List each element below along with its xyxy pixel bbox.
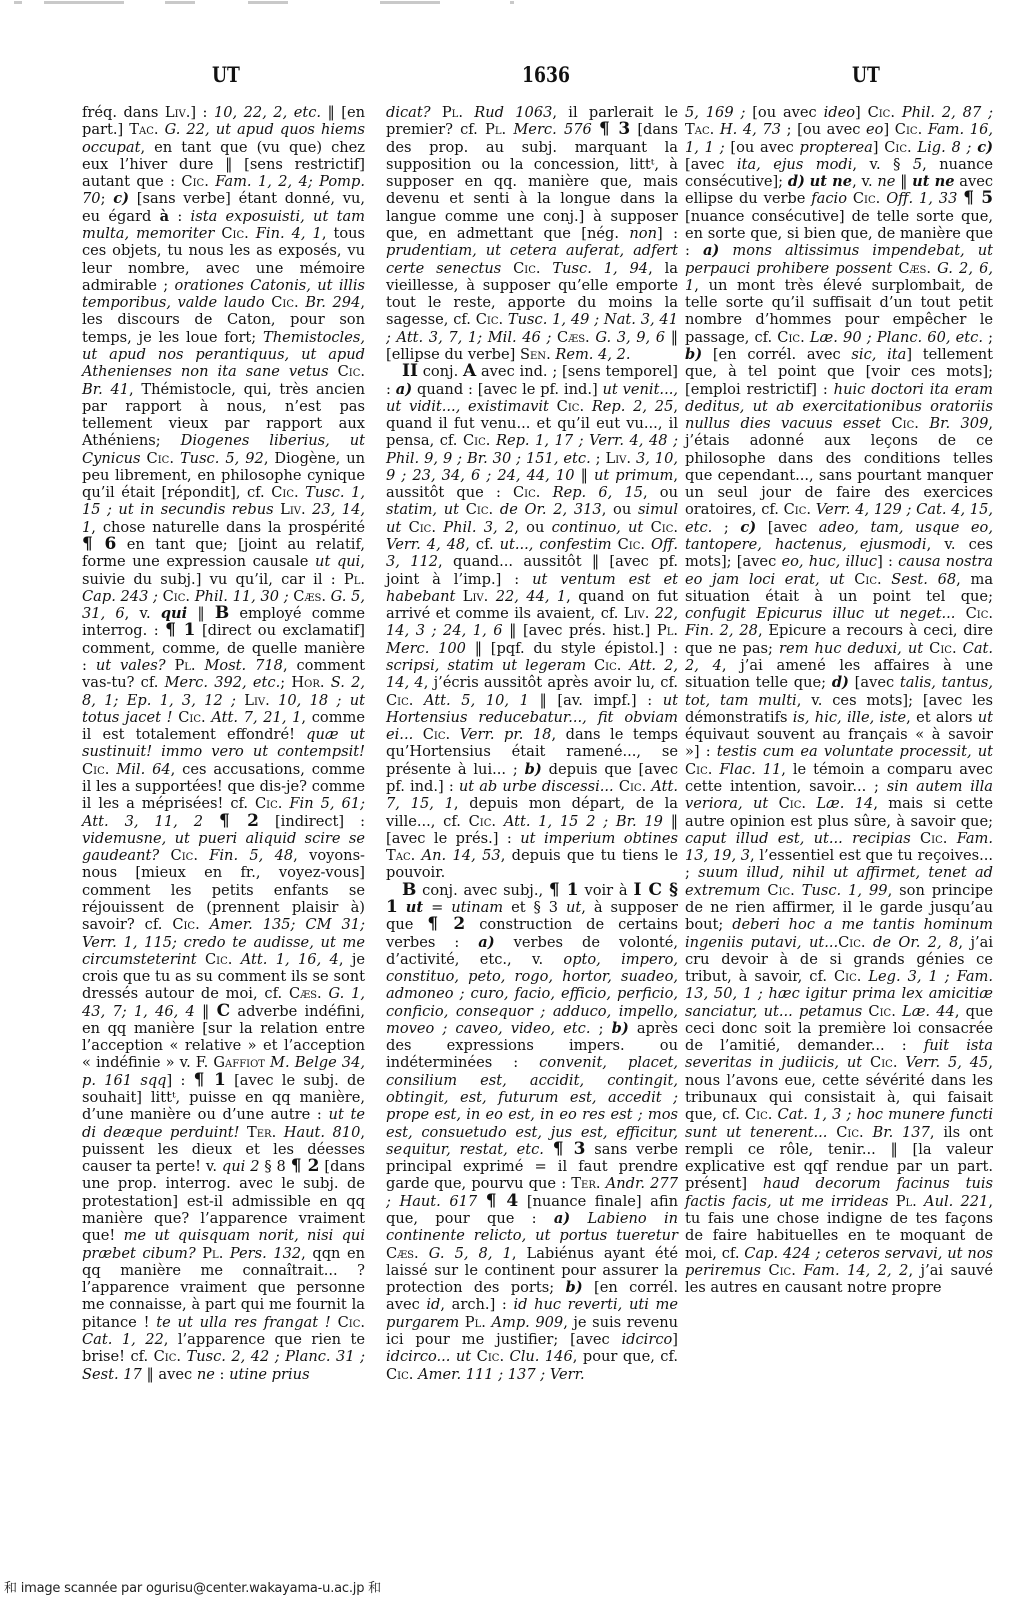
text-segment: a) (554, 1210, 570, 1227)
latin-citation: 5, 169 ; (685, 104, 745, 121)
author-abbrev: Cic (423, 726, 446, 743)
latin-citation: G. 3, 9, 6 (595, 329, 665, 346)
author-abbrev: Cæs (386, 1245, 414, 1262)
latin-citation: Læ. 14 (816, 795, 873, 812)
author-abbrev: Sen (520, 346, 546, 363)
text-segment (592, 121, 599, 138)
text-segment: conj. avec subj., (416, 882, 549, 899)
text-segment: voir à (579, 882, 634, 899)
author-abbrev: Cic (82, 761, 105, 778)
latin-citation: sic, ita (851, 346, 906, 363)
text-segment: . (596, 1175, 606, 1192)
section-marker: ¶ 1 (549, 880, 579, 900)
author-abbrev: Cic (557, 398, 580, 415)
entry-paragraph: dicat? Pl. Rud 1063, il parlerait le pre… (386, 104, 678, 363)
latin-citation: te ut ulla res frangat ! (156, 1314, 331, 1331)
author-abbrev: Cic (154, 1348, 177, 1365)
text-segment: , j’écris aussitôt après avoir lu, cf. (424, 674, 678, 691)
section-marker: ¶ 2 (291, 1156, 320, 1176)
text-segment: a) (703, 242, 719, 259)
text-segment: conj. (418, 363, 463, 380)
author-abbrev: Cic (834, 968, 857, 985)
latin-citation: rem huc deduxi, ut (779, 640, 923, 657)
author-abbrev: Pl (896, 1193, 912, 1210)
text-segment: . (191, 657, 205, 674)
latin-citation: id (426, 1296, 440, 1313)
text-segment: . (301, 501, 312, 518)
author-abbrev: Cic (767, 882, 790, 899)
text-segment: . (801, 795, 816, 812)
text-segment: fréq. dans (82, 104, 165, 121)
latin-citation: Merc. 576 (513, 121, 591, 138)
text-segment: ; (591, 450, 606, 467)
text-segment (827, 1124, 836, 1141)
latin-citation: Cat. 1, 22 (82, 1331, 164, 1348)
author-abbrev: Ter (571, 1175, 596, 1192)
text-segment: . (193, 847, 209, 864)
text-segment: . (414, 1245, 429, 1262)
latin-citation: confugit Epicurus illuc ut neget... (685, 605, 955, 622)
latin-citation: ut qui (315, 553, 360, 570)
text-segment: ] (883, 121, 894, 138)
section-marker: B (402, 880, 416, 900)
text-segment: ] (855, 104, 868, 121)
latin-citation: ut (978, 709, 993, 726)
text-segment: , ou (602, 501, 638, 518)
author-abbrev: Cic (205, 951, 228, 968)
text-segment: , pour que, cf. (573, 1348, 678, 1365)
author-abbrev: Ter (247, 1124, 272, 1141)
author-abbrev: Tac (386, 847, 411, 864)
text-segment: . (491, 813, 503, 830)
latin-citation: ita, ejus modi (737, 156, 852, 173)
latin-citation: eo, huc, illuc (781, 553, 877, 570)
text-segment: ] : (167, 1072, 194, 1089)
latin-citation: Br. 309 (929, 415, 988, 432)
latin-citation: Br. 294 (305, 294, 360, 311)
latin-citation: Br. 41 (82, 381, 129, 398)
text-segment: . (409, 1366, 418, 1383)
text-segment: . (791, 1262, 803, 1279)
text-segment: a) (478, 934, 494, 951)
text-segment (459, 501, 466, 518)
latin-citation: Amp. 909 (491, 1314, 563, 1331)
author-abbrev: Cic (884, 139, 907, 156)
latin-citation: Tusc. 5, 92 (180, 450, 264, 467)
author-abbrev: Cic (745, 1106, 768, 1123)
text-segment: . (943, 830, 957, 847)
latin-citation: G. 5, 8, 1 (429, 1245, 512, 1262)
author-abbrev: Pl (657, 622, 673, 639)
text-segment: ut ne (810, 173, 852, 190)
latin-citation: Phil. 2, 87 ; (902, 104, 993, 121)
text-segment: . (484, 588, 496, 605)
latin-citation: caput illud est, ut... recipias (685, 830, 911, 847)
author-abbrev: Cic (463, 432, 486, 449)
latin-citation: Att. 5, 10, 1 (424, 692, 529, 709)
latin-citation: Merc. 100 (386, 640, 466, 657)
latin-citation: dicat? (386, 104, 431, 121)
text-segment: . (360, 363, 365, 380)
author-abbrev: Pl (202, 1245, 218, 1262)
latin-citation: Haut. 810 (284, 1124, 361, 1141)
text-segment (159, 847, 170, 864)
latin-citation: Cap. 243 ; (82, 588, 158, 605)
text-segment: . (105, 761, 117, 778)
author-abbrev: Cic (685, 761, 708, 778)
author-abbrev: Cic (271, 484, 294, 501)
latin-citation: Att. 1, 16, 4 (241, 951, 339, 968)
text-segment (586, 657, 594, 674)
text-segment (203, 813, 219, 830)
author-abbrev: Cic (870, 1054, 893, 1071)
text-segment (549, 398, 557, 415)
text-segment: . (926, 260, 937, 277)
latin-citation: Læ. 90 ; Planc. 60, etc. (810, 329, 983, 346)
text-segment: ‖ avec (142, 1366, 197, 1383)
section-marker: A (463, 361, 476, 381)
text-segment: . (489, 501, 500, 518)
text-segment: . (360, 1314, 365, 1331)
text-segment (477, 1193, 486, 1210)
running-head-left: UT (212, 62, 240, 87)
entry-paragraph: 5, 169 ; [ou avec ideo] Cic. Phil. 2, 87… (685, 104, 993, 1296)
latin-citation: H. 4, 73 (720, 121, 781, 138)
text-segment: . (411, 847, 422, 864)
latin-citation: Mil. 64 (116, 761, 170, 778)
text-segment: ; (280, 674, 291, 691)
text-segment: [en corrél. avec (702, 346, 851, 363)
latin-citation: Verr. pr. 18 (460, 726, 552, 743)
author-abbrev: Liv (165, 104, 186, 121)
latin-citation: scripsi, statim ut legeram (386, 657, 586, 674)
latin-citation: non (629, 225, 657, 242)
latin-citation: Tusc. 1, 94 (552, 260, 648, 277)
author-abbrev: Cic (868, 1003, 891, 1020)
text-segment: . (294, 294, 305, 311)
text-segment: . (154, 121, 165, 138)
text-segment: , cf. (465, 536, 499, 553)
text-segment: . (673, 622, 678, 639)
text-segment: ; (983, 329, 993, 346)
text-segment: § 8 (259, 1158, 290, 1175)
latin-citation: Sest. 68 (891, 571, 956, 588)
author-abbrev: Cæs (557, 329, 585, 346)
text-segment (881, 415, 891, 432)
text-segment: . (321, 588, 330, 605)
author-abbrev: Cic (147, 450, 170, 467)
latin-citation: Rem. 4, 2. (555, 346, 630, 363)
author-abbrev: Cic (868, 104, 891, 121)
section-marker: ¶ 2 (219, 811, 259, 831)
text-segment: c) (740, 519, 756, 536)
author-abbrev: Cic (477, 1348, 500, 1365)
text-segment: ; (590, 1020, 611, 1037)
text-segment: . (486, 432, 496, 449)
text-segment: . (673, 519, 678, 536)
text-segment: [avec (685, 156, 737, 173)
text-segment: . (890, 104, 902, 121)
text-segment: c) (977, 139, 993, 156)
latin-citation: Fin. 5, 48 (209, 847, 293, 864)
text-segment: , v. (852, 173, 877, 190)
text-segment: [dans des prop. au subj. marquant la sup… (386, 121, 678, 242)
text-segment: ; (101, 190, 114, 207)
text-segment (413, 726, 423, 743)
text-segment: . (481, 1314, 491, 1331)
text-segment (544, 1141, 553, 1158)
text-segment: : (169, 208, 190, 225)
text-segment: . (265, 692, 278, 709)
text-segment: . (708, 761, 720, 778)
text-segment (501, 260, 513, 277)
text-segment: . (201, 709, 211, 726)
text-segment (862, 1054, 870, 1071)
text-segment: . (800, 329, 810, 346)
author-abbrev: Cic (171, 847, 194, 864)
text-segment: . (272, 1124, 284, 1141)
author-abbrev: Cic (221, 225, 244, 242)
author-abbrev: Cic (891, 415, 914, 432)
latin-citation: Verr. 4, 48 (386, 536, 465, 553)
author-abbrev: Liv (463, 588, 484, 605)
latin-citation: Clu. 146 (510, 1348, 573, 1365)
section-marker: ¶ 2 (427, 914, 465, 934)
text-segment: c) (113, 190, 129, 207)
text-segment: , et alors (906, 709, 978, 726)
text-segment (845, 571, 855, 588)
text-segment: . (617, 657, 630, 674)
text-segment: ] : (877, 553, 898, 570)
author-abbrev: Cic (594, 657, 617, 674)
latin-citation: Pers. 132 (230, 1245, 301, 1262)
text-segment: . (912, 1193, 924, 1210)
text-segment: , ou (514, 519, 551, 536)
text-segment: . (294, 484, 305, 501)
author-abbrev: Cæs (289, 985, 317, 1002)
text-segment: et § 3 (503, 899, 566, 916)
text-segment: . (499, 1348, 509, 1365)
text-segment (331, 1314, 338, 1331)
text-segment: . (626, 450, 636, 467)
text-segment: . (893, 1054, 906, 1071)
text-segment: . (204, 173, 215, 190)
text-segment: , arch.] : (440, 1296, 513, 1313)
text-segment: . (185, 588, 194, 605)
text-segment: . (861, 934, 873, 951)
text-segment: , ou (643, 484, 678, 501)
text-segment (888, 1193, 895, 1210)
latin-citation: statim, ut (386, 501, 459, 518)
author-abbrev: Cic (338, 363, 361, 380)
latin-citation: ut primum (594, 467, 673, 484)
text-segment: . (409, 692, 424, 709)
text-segment: . (876, 190, 887, 207)
latin-citation: ut..., confestim (500, 536, 612, 553)
text-segment: , v. § (852, 156, 912, 173)
text-segment: b) (566, 1279, 583, 1296)
text-segment: ] (873, 139, 884, 156)
author-abbrev: Cic (178, 709, 201, 726)
text-segment: . (988, 605, 993, 622)
author-abbrev: Cic (338, 1314, 361, 1331)
entry-paragraph: B conj. avec subj., ¶ 1 voir à I C § 1 u… (386, 882, 678, 1383)
section-marker: B (215, 603, 229, 623)
latin-citation: propterea (800, 139, 873, 156)
author-abbrev: Cic (469, 813, 492, 830)
latin-citation: Rep. 6, 15 (553, 484, 643, 501)
scan-credit-footer: 和 image scannée par ogurisu@center.wakay… (4, 1577, 381, 1596)
author-abbrev: Liv (280, 501, 301, 518)
author-abbrev: Cic (895, 121, 918, 138)
text-segment: . (710, 121, 720, 138)
latin-citation: Fin. 2, 28 (685, 622, 758, 639)
text-segment: . (859, 1124, 872, 1141)
author-abbrev: Cic (476, 311, 499, 328)
latin-citation: ideo (824, 104, 855, 121)
text-segment: ; [ou avec (781, 121, 866, 138)
author-abbrev: Cic (163, 588, 186, 605)
text-segment: . (918, 121, 928, 138)
latin-citation: ut imperium obtines (520, 830, 678, 847)
latin-citation: eo (866, 121, 883, 138)
latin-citation: idcirco (622, 1331, 673, 1348)
text-segment: b) (525, 761, 542, 778)
latin-citation: Off. 1, 33 (886, 190, 957, 207)
latin-citation: testis cum ea voluntate processit, ut (717, 743, 993, 760)
author-abbrev: Cic (386, 692, 409, 709)
author-abbrev: Tac (129, 121, 154, 138)
text-segment (431, 104, 442, 121)
section-marker: ¶ 3 (553, 1139, 586, 1159)
latin-citation: 22, 44, 1 (496, 588, 566, 605)
text-segment: . (877, 571, 891, 588)
running-head-right: UT (852, 62, 880, 87)
author-abbrev: Liv (606, 450, 627, 467)
text-segment: . (458, 104, 474, 121)
author-abbrev: Cic (853, 190, 876, 207)
entry-paragraph: fréq. dans Liv.] : 10, 22, 2, etc. ‖ [en… (82, 104, 365, 1383)
text-segment (455, 588, 462, 605)
latin-citation: Amer. 111 ; 137 ; Verr. (418, 1366, 585, 1383)
latin-citation: Most. 718 (204, 657, 282, 674)
text-segment: , chose naturelle dans la prospérité (91, 519, 365, 536)
text-segment (643, 519, 650, 536)
author-abbrev: Cic (838, 934, 861, 951)
author-abbrev: Cic (172, 916, 195, 933)
text-segment: . (640, 536, 651, 553)
author-abbrev: Pl (344, 571, 360, 588)
text-segment: . (228, 951, 241, 968)
author-abbrev: Pl (174, 657, 190, 674)
author-abbrev: Cic (409, 519, 432, 536)
text-segment: . (585, 329, 595, 346)
section-marker: ¶ 3 (599, 119, 630, 139)
latin-citation: Phil. 11, 30 ; (195, 588, 289, 605)
text-segment: . (195, 916, 210, 933)
latin-citation: de Or. 2, 313 (500, 501, 602, 518)
text-segment: . (317, 985, 328, 1002)
section-marker: ¶ 6 (82, 534, 116, 554)
text-segment (197, 951, 205, 968)
latin-citation: utine prius (229, 1366, 309, 1383)
section-marker: ¶ 1 (194, 1070, 226, 1090)
text-segment: . (498, 311, 507, 328)
text-segment: ‖ [av. impf.] : (529, 692, 663, 709)
latin-citation: Lig. 8 ; (917, 139, 971, 156)
text-segment: . (169, 450, 180, 467)
text-segment: . (446, 726, 460, 743)
text-segment: . (244, 225, 256, 242)
text-segment: . (546, 346, 555, 363)
author-abbrev: Liv (244, 692, 265, 709)
author-abbrev: Tac (685, 121, 710, 138)
text-segment: . (579, 398, 591, 415)
text-segment: . (790, 882, 802, 899)
text-segment: . (536, 484, 553, 501)
page-number: 1636 (522, 62, 570, 87)
author-abbrev: Cæs (293, 588, 321, 605)
latin-citation: An. 14, 53 (422, 847, 501, 864)
author-abbrev: Cic (768, 1262, 791, 1279)
text-segment: ‖ (195, 1003, 217, 1020)
latin-citation: ut ab urbe discessi... (459, 778, 614, 795)
section-marker: ¶ 1 (165, 620, 195, 640)
text-segment: [avec (849, 674, 900, 691)
text-segment (329, 363, 338, 380)
section-marker: II (402, 361, 418, 381)
text-segment: . (219, 1245, 230, 1262)
text-segment: ‖ [pqf. du style épistol.] : (466, 640, 678, 657)
latin-citation: idcirco... ut (386, 1348, 471, 1365)
text-segment: . (952, 640, 963, 657)
author-abbrev: Pl (465, 1314, 481, 1331)
latin-citation: 10, 22, 2, etc. (214, 104, 321, 121)
text-segment: ‖ (574, 467, 593, 484)
scan-edge-artifacts (0, 0, 1024, 6)
author-abbrev: Cic (854, 571, 877, 588)
text-segment: b) (685, 346, 702, 363)
latin-citation: Verr. 5, 45 (905, 1054, 988, 1071)
text-segment: quand : [avec le pf. ind.] (412, 381, 602, 398)
author-abbrev: Cic (619, 778, 642, 795)
text-column-middle: dicat? Pl. Rud 1063, il parlerait le pre… (386, 104, 678, 1383)
latin-citation: ne (197, 1366, 215, 1383)
text-segment: . (502, 121, 514, 138)
text-segment: . (768, 1106, 778, 1123)
text-segment (911, 830, 920, 847)
author-abbrev: Cic (181, 173, 204, 190)
text-segment: . (360, 571, 365, 588)
text-segment: [ou avec (745, 104, 823, 121)
latin-citation: Rud 1063 (474, 104, 552, 121)
author-abbrev: Cic (466, 501, 489, 518)
text-segment (401, 519, 408, 536)
text-segment: ut (406, 899, 423, 916)
latin-citation: continuo, ut (552, 519, 644, 536)
text-column-left: fréq. dans Liv.] : 10, 22, 2, etc. ‖ [en… (82, 104, 365, 1383)
text-segment: . (176, 1348, 186, 1365)
latin-citation: 5 (913, 156, 922, 173)
author-abbrev: Cic (513, 484, 536, 501)
author-abbrev: Pl (442, 104, 458, 121)
author-abbrev: Cic (836, 1124, 859, 1141)
author-abbrev: Cic (386, 1366, 409, 1383)
text-segment: . (907, 139, 917, 156)
text-segment: . (642, 778, 652, 795)
latin-citation: ne (877, 173, 895, 190)
latin-citation: Rep. 2, 25 (592, 398, 674, 415)
